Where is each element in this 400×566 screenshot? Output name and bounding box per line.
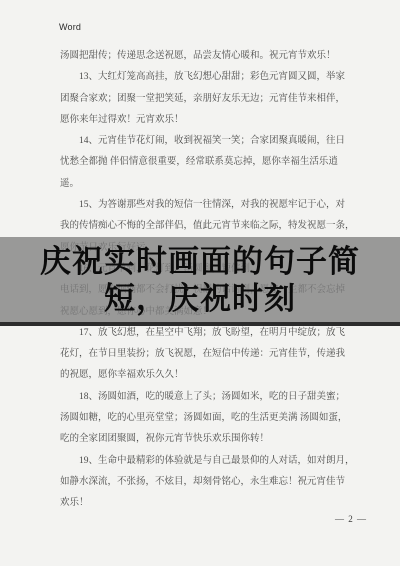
doc-line-text: 汤圆把甜传；传递思念送祝愿，品尝友情心暖和。祝元宵节欢乐！ [60, 51, 336, 61]
doc-line-text: 忧愁全都抛 伴侣情意很重要，经常联系莫忘掉，愿你幸福生活乐逍 [60, 157, 338, 167]
doc-line-text: 花灯，在节日里装扮；放飞祝愿，在短信中传递：元宵佳节，传递我 [60, 349, 345, 359]
page-number: — 2 — [335, 514, 367, 524]
doc-line-text: 愿你来年过得欢！元宵欢乐！ [60, 115, 184, 125]
doc-line-text: 17、放飞幻想，在星空中飞翔；放飞盼望，在明月中绽放；放飞 [79, 328, 345, 338]
doc-line-text: 吃的全家团团聚圆，祝你元宵节快乐欢乐围你转！ [60, 434, 269, 444]
doc-line: 团聚合家欢；团聚一堂把笑延，亲朋好友乐无边；元宵佳节来相伴， [60, 89, 360, 110]
doc-line: 欢乐！ [60, 493, 360, 514]
doc-line: 14、元宵佳节花灯闹，收到祝福笑一笑；合家团聚真暖闹，往日 [60, 131, 360, 152]
doc-line-text: 15、为答谢那些对我的短信一往情深，对我的祝愿牢记于心，对 [79, 200, 345, 210]
doc-line-text: 团聚合家欢；团聚一堂把笑延，亲朋好友乐无边；元宵佳节来相伴， [60, 94, 345, 104]
doc-line: 忧愁全都抛 伴侣情意很重要，经常联系莫忘掉，愿你幸福生活乐逍 [60, 152, 360, 173]
doc-line: 19、生命中最精彩的体验就是与自己最景仰的人对话，如对朗月， [60, 451, 360, 472]
doc-line: 13、大红灯笼高高挂，放飞幻想心甜甜；彩色元宵圆又圆，举家 [60, 67, 360, 88]
doc-line: 18、汤圆如酒，吃的暖意上了头；汤圆如米，吃的日子甜美蜜； [60, 387, 360, 408]
banner-title-line-1: 庆祝实时画面的句子简 [0, 243, 400, 280]
word-app-badge: Word [59, 22, 81, 32]
doc-line: 17、放飞幻想，在星空中飞翔；放飞盼望，在明月中绽放；放飞 [60, 323, 360, 344]
doc-line: 吃的全家团团聚圆，祝你元宵节快乐欢乐围你转！ [60, 429, 360, 450]
doc-line: 花灯，在节日里装扮；放飞祝愿，在短信中传递：元宵佳节，传递我 [60, 344, 360, 365]
doc-line: 如静水深流，不张扬，不炫目，却刻骨铭心，永生难忘！祝元宵佳节 [60, 472, 360, 493]
doc-line: 汤圆把甜传；传递思念送祝愿，品尝友情心暖和。祝元宵节欢乐！ [60, 46, 360, 67]
doc-line: 汤圆如糖，吃的心里亮堂堂；汤圆如面，吃的生活更美满 汤圆如蛋， [60, 408, 360, 429]
doc-line-text: 的祝愿，愿你幸福欢乐久久！ [60, 370, 184, 380]
doc-line-text: 14、元宵佳节花灯闹，收到祝福笑一笑；合家团聚真暖闹，往日 [79, 136, 345, 146]
title-banner-overlay: 庆祝实时画面的句子简 短，庆祝时刻 [0, 237, 400, 326]
document-page: Word 汤圆把甜传；传递思念送祝愿，品尝友情心暖和。祝元宵节欢乐！ 13、大红… [0, 0, 400, 566]
doc-line-text: 我的传情痴心不悔的全部伴侣，值此元宵节来临之际，特发祝愿一条， [60, 221, 355, 231]
doc-line-text: 遥。 [60, 179, 79, 189]
doc-line: 15、为答谢那些对我的短信一往情深，对我的祝愿牢记于心，对 [60, 195, 360, 216]
doc-line-text: 19、生命中最精彩的体验就是与自己最景仰的人对话，如对朗月， [79, 456, 355, 466]
doc-line-text: 欢乐！ [60, 498, 89, 508]
doc-line-text: 13、大红灯笼高高挂，放飞幻想心甜甜；彩色元宵圆又圆，举家 [79, 72, 345, 82]
doc-line: 我的传情痴心不悔的全部伴侣，值此元宵节来临之际，特发祝愿一条， [60, 216, 360, 237]
doc-line: 的祝愿，愿你幸福欢乐久久！ [60, 365, 360, 386]
banner-title-line-2: 短，庆祝时刻 [0, 280, 400, 317]
doc-line-text: 如静水深流，不张扬，不炫目，却刻骨铭心，永生难忘！祝元宵佳节 [60, 477, 345, 487]
doc-line: 愿你来年过得欢！元宵欢乐！ [60, 110, 360, 131]
doc-line: 遥。 [60, 174, 360, 195]
doc-line-text: 汤圆如糖，吃的心里亮堂堂；汤圆如面，吃的生活更美满 汤圆如蛋， [60, 413, 347, 423]
doc-line-text: 18、汤圆如酒，吃的暖意上了头；汤圆如米，吃的日子甜美蜜； [79, 392, 345, 402]
